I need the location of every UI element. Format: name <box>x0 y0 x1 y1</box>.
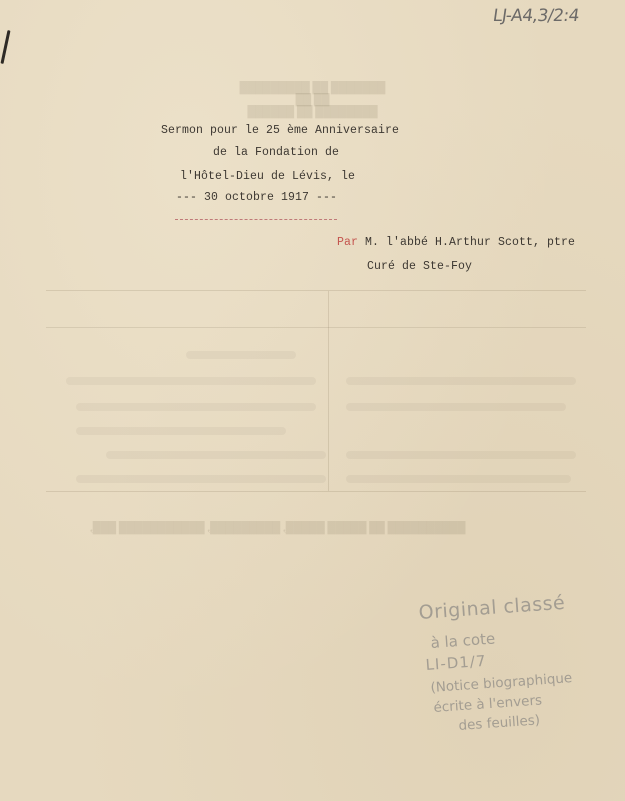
pencil-note-line-1: Original classé <box>418 592 566 624</box>
bleed-through-header: ███████ ██ █████████ ██ ██ ████████ ██ █… <box>0 82 625 118</box>
pencil-note-line-6: des feuilles) <box>458 712 541 734</box>
pencil-note-line-3: LI-D1/7 <box>425 652 487 674</box>
archive-reference-code: LJ-A4,3/2:4 <box>492 6 581 26</box>
title-line-3: l'Hôtel-Dieu de Lévis, le <box>180 170 355 183</box>
author-line: Par M. l'abbé H.Arthur Scott, ptre <box>337 236 575 249</box>
title-line-2: de la Fondation de <box>213 146 339 159</box>
author-parish: Curé de Ste-Foy <box>367 260 472 273</box>
title-line-1: Sermon pour le 25 ème Anniversaire <box>161 124 399 137</box>
pencil-note-line-2: à la cote <box>430 629 496 651</box>
bleed-through-table <box>46 290 586 492</box>
pencil-note-line-4: (Notice biographique <box>430 670 573 696</box>
author-prefix: Par <box>337 236 358 249</box>
author-name: M. l'abbé H.Arthur Scott, ptre <box>358 236 575 249</box>
margin-slash-mark <box>0 30 10 64</box>
document-page: ███████ ██ █████████ ██ ██ ████████ ██ █… <box>0 0 625 801</box>
title-date-line: --- 30 octobre 1917 --- <box>176 191 337 204</box>
red-dashed-divider <box>175 219 337 220</box>
bleed-through-footer: ██████████ ██ █████ █████, █████████, ██… <box>90 522 465 534</box>
